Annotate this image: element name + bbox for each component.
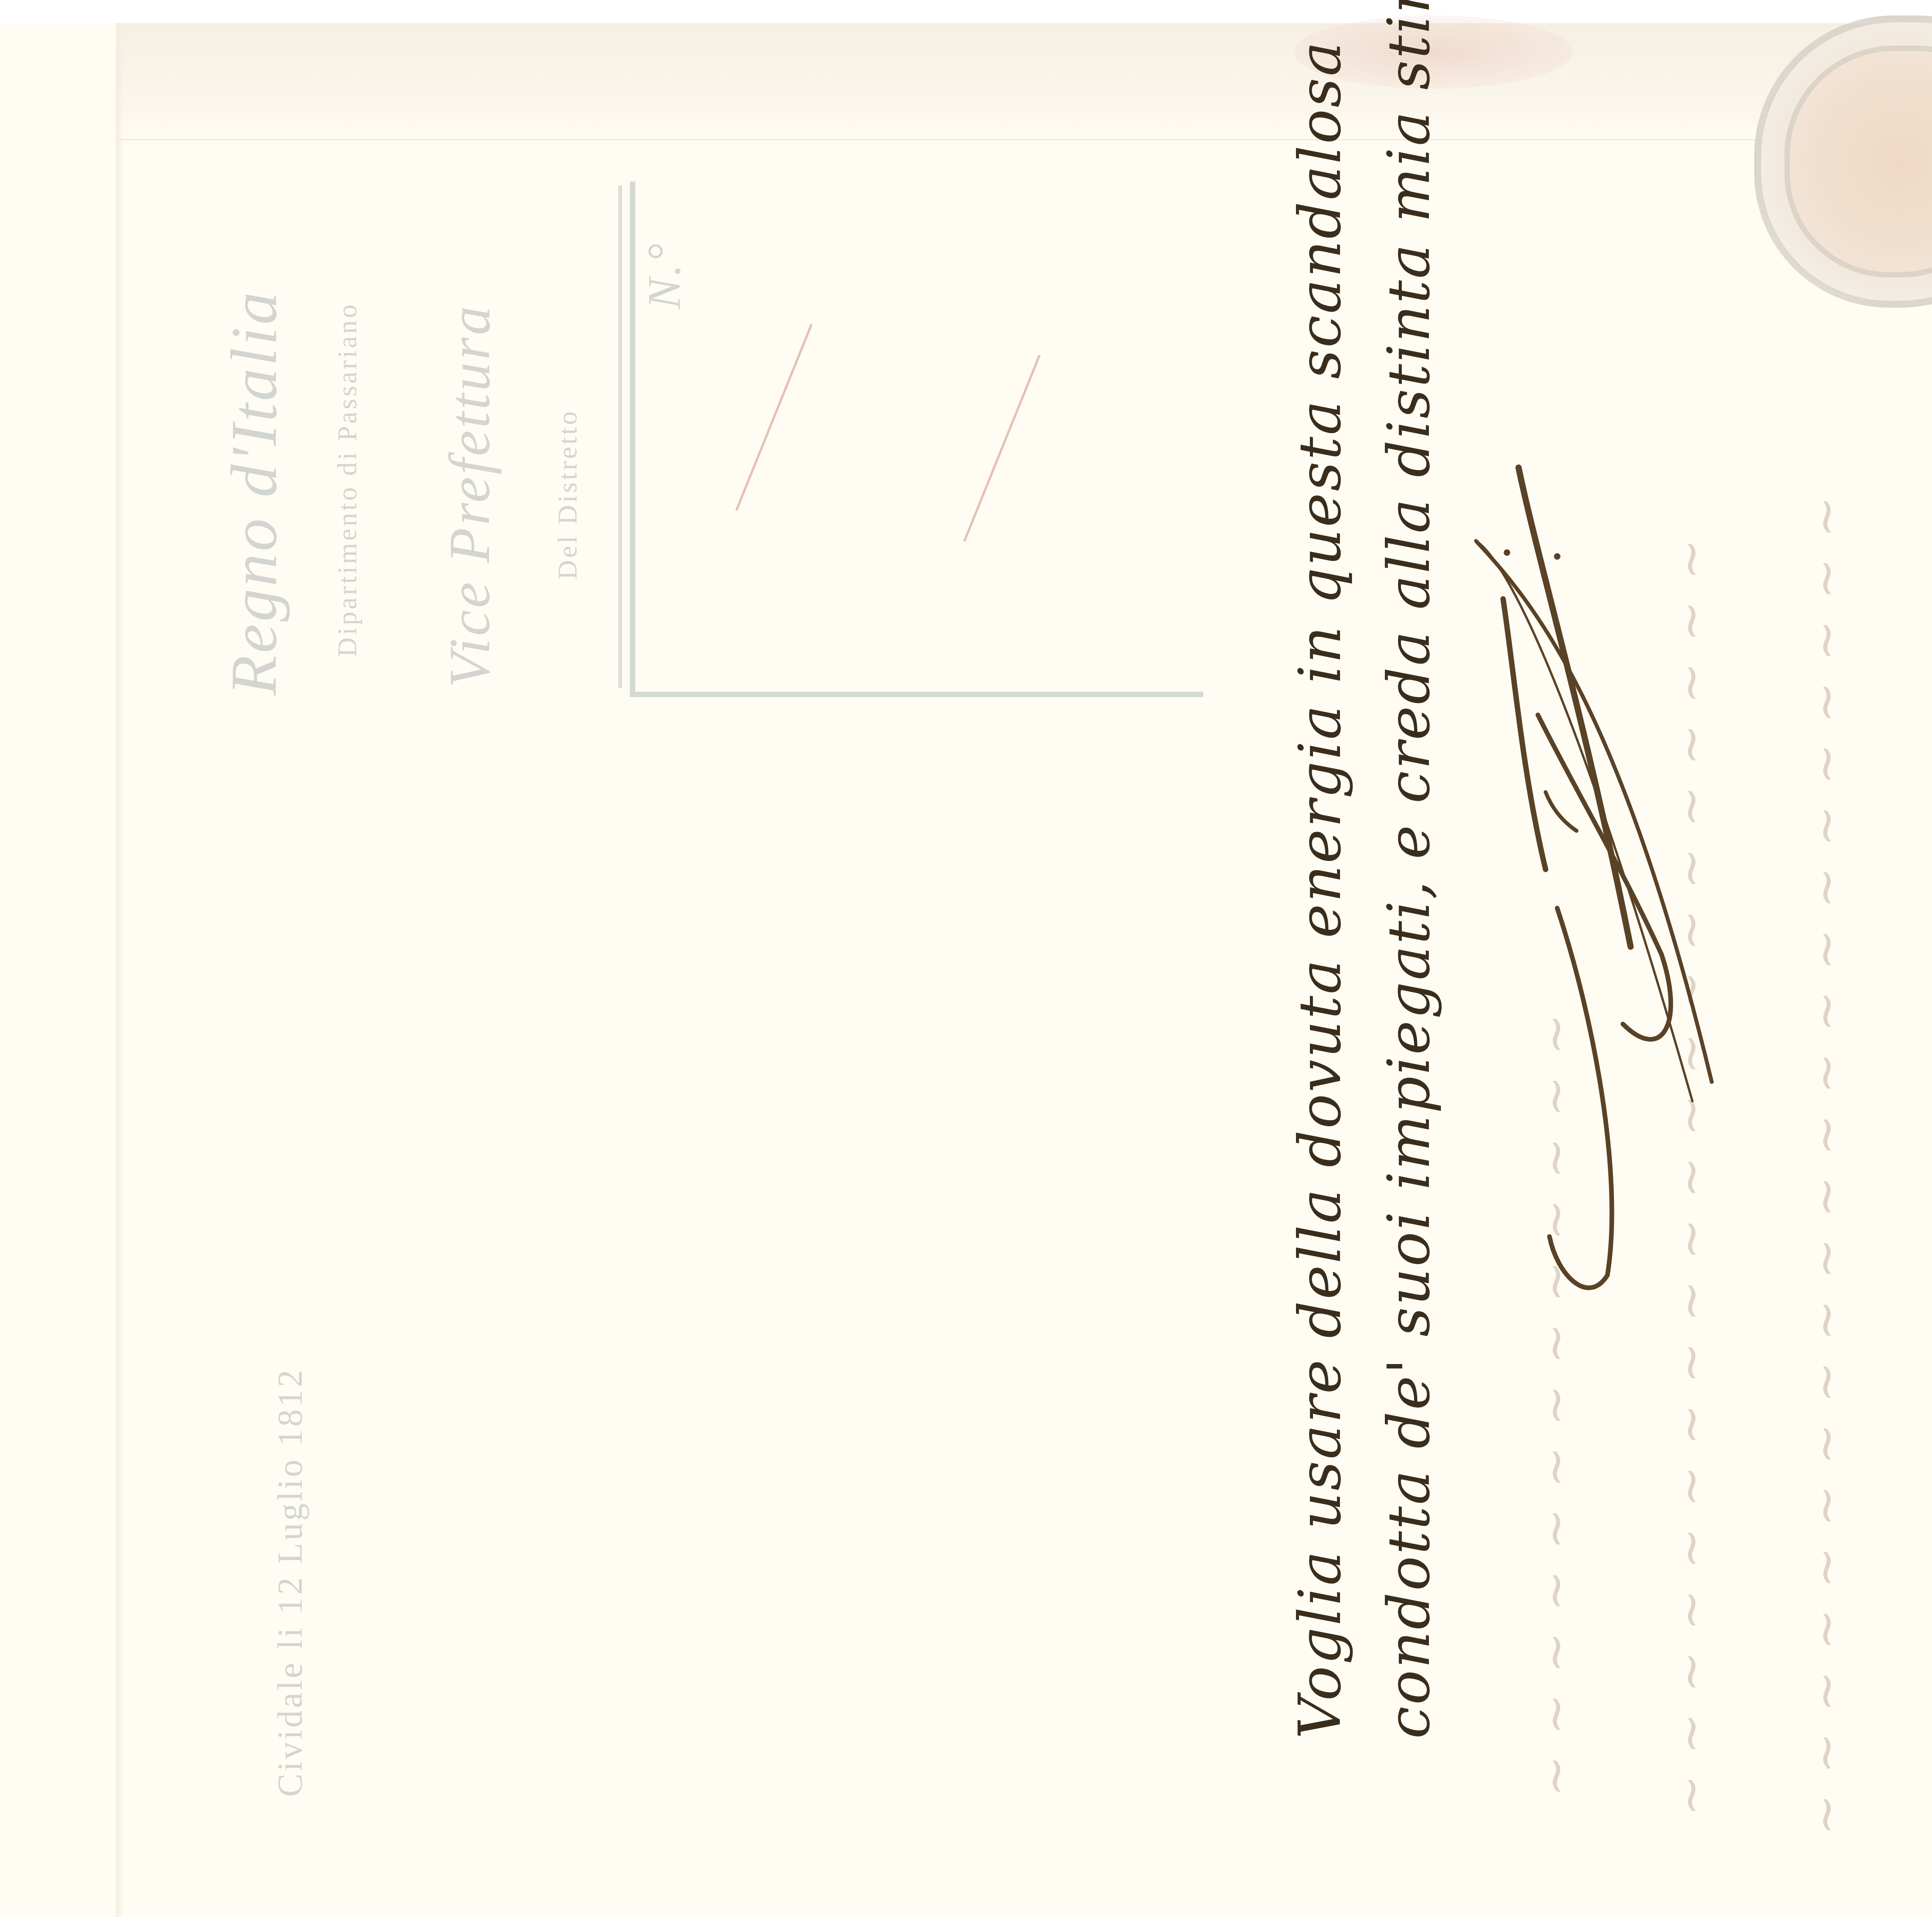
handwritten-line-1: Voglia usare della dovuta energia in que… [1287, 40, 1354, 1739]
scan-margin-top [0, 0, 1932, 23]
page-fold-strip [116, 23, 1932, 140]
letterhead-line-3: Vice Prefettura [437, 304, 503, 688]
handwritten-line-2: condotta de' suoi impiegati, e creda all… [1376, 0, 1443, 1739]
letterhead-line-1: Regno d'Italia [216, 290, 292, 696]
document-page: Regno d'Italia Dipartimento di Passarian… [0, 0, 1932, 1917]
letterhead-rule [618, 185, 622, 688]
letterhead-line-4: Del Distretto [553, 409, 583, 580]
dateline: Cividale li 12 Luglio 1812 [270, 1368, 310, 1797]
letterhead-box [630, 182, 1203, 697]
page-edge-shadow [116, 23, 124, 1917]
letterhead-number-label: N.° [638, 241, 691, 309]
signature-icon [1461, 444, 1739, 1314]
letterhead-line-2: Dipartimento di Passariano [332, 302, 363, 657]
reverse-text-line: ~ ~ ~ ~ ~ ~ ~ ~ ~ ~ ~ ~ ~ ~ ~ ~ ~ ~ ~ ~ … [1797, 494, 1854, 1835]
